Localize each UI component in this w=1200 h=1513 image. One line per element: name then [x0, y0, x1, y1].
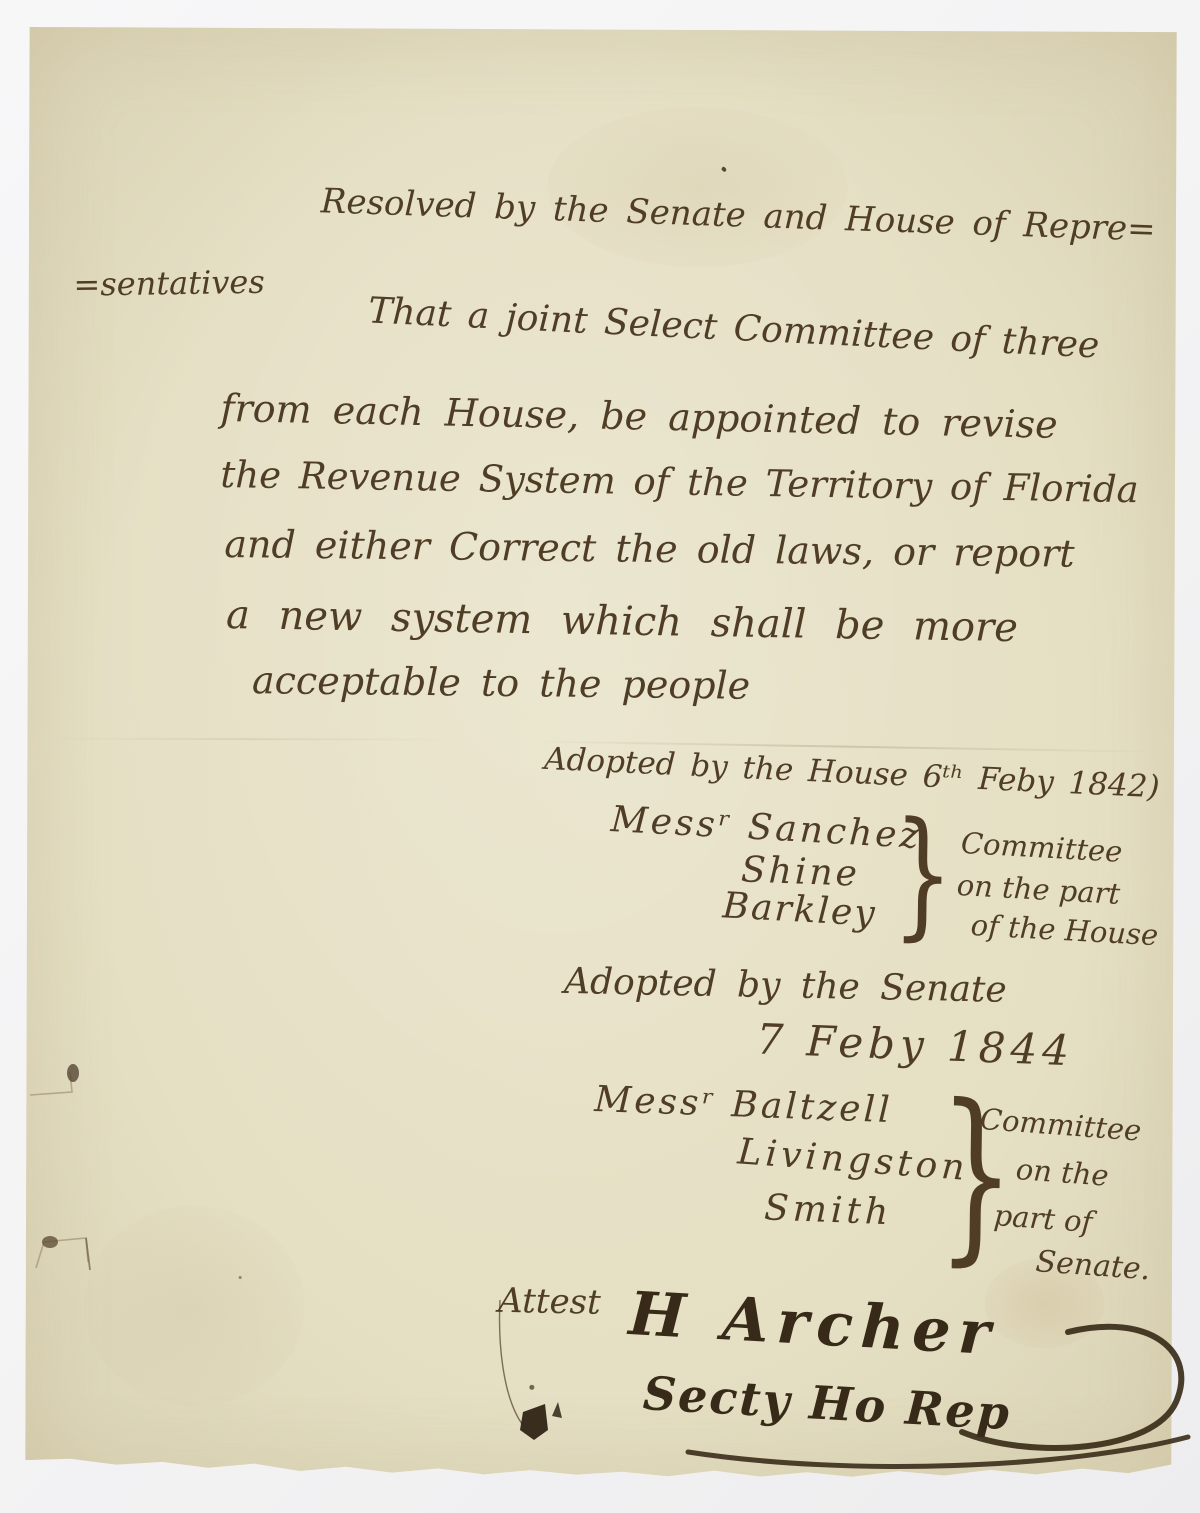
fold-crease	[36, 738, 456, 741]
senate-note-line-3: part of	[993, 1201, 1094, 1237]
senate-member-1: Messʳ Baltzell	[594, 1082, 893, 1129]
manuscript-line-6: a new system which shall be more	[226, 595, 1018, 648]
house-brace: }	[892, 804, 954, 944]
house-note-line-2: on the part	[956, 871, 1121, 909]
house-note-line-1: Committee	[960, 829, 1123, 867]
manuscript-line-4: the Revenue System of the Territory of F…	[220, 456, 1139, 508]
senate-adoption-heading: Adopted by the Senate	[564, 964, 1007, 1009]
manuscript-line-7: acceptable to the people	[252, 661, 751, 705]
senate-member-2: Livingston	[736, 1134, 969, 1187]
manuscript-line-3: from each House, be appointed to revise	[220, 389, 1058, 444]
foxing-stain	[84, 1206, 305, 1407]
senate-note-line-2: on the	[1015, 1155, 1110, 1191]
manuscript-line-2b: That a joint Select Committee of three	[367, 293, 1100, 364]
senate-member-3: Smith	[764, 1190, 893, 1231]
senate-adoption-date: 7 Feby 1844	[756, 1018, 1075, 1072]
house-member-3: Barkley	[722, 888, 878, 932]
attest-label: Attest	[498, 1284, 601, 1320]
ink-speck	[239, 1276, 242, 1279]
secretary-signature: H Archer	[627, 1284, 999, 1364]
scan-background: Resolved by the Senate and House of Repr…	[0, 0, 1200, 1513]
manuscript-line-2a: =sentatives	[73, 266, 265, 301]
house-note-line-3: of the House	[970, 911, 1159, 950]
house-member-1: Messʳ Sanchez	[610, 802, 923, 855]
manuscript-line-1: Resolved by the Senate and House of Repr…	[320, 184, 1156, 246]
ink-speck	[721, 166, 727, 172]
house-adoption-heading: Adopted by the House 6ᵗʰ Feby 1842)	[544, 744, 1161, 803]
ink-speck	[529, 1385, 534, 1390]
secretary-title: Secty Ho Rep	[642, 1370, 1012, 1436]
manuscript-line-5: and either Correct the old laws, or repo…	[224, 525, 1075, 573]
manuscript-page: Resolved by the Senate and House of Repr…	[24, 25, 1178, 1480]
foxing-stain	[547, 107, 847, 268]
senate-note-line-4: Senate.	[1035, 1247, 1152, 1285]
